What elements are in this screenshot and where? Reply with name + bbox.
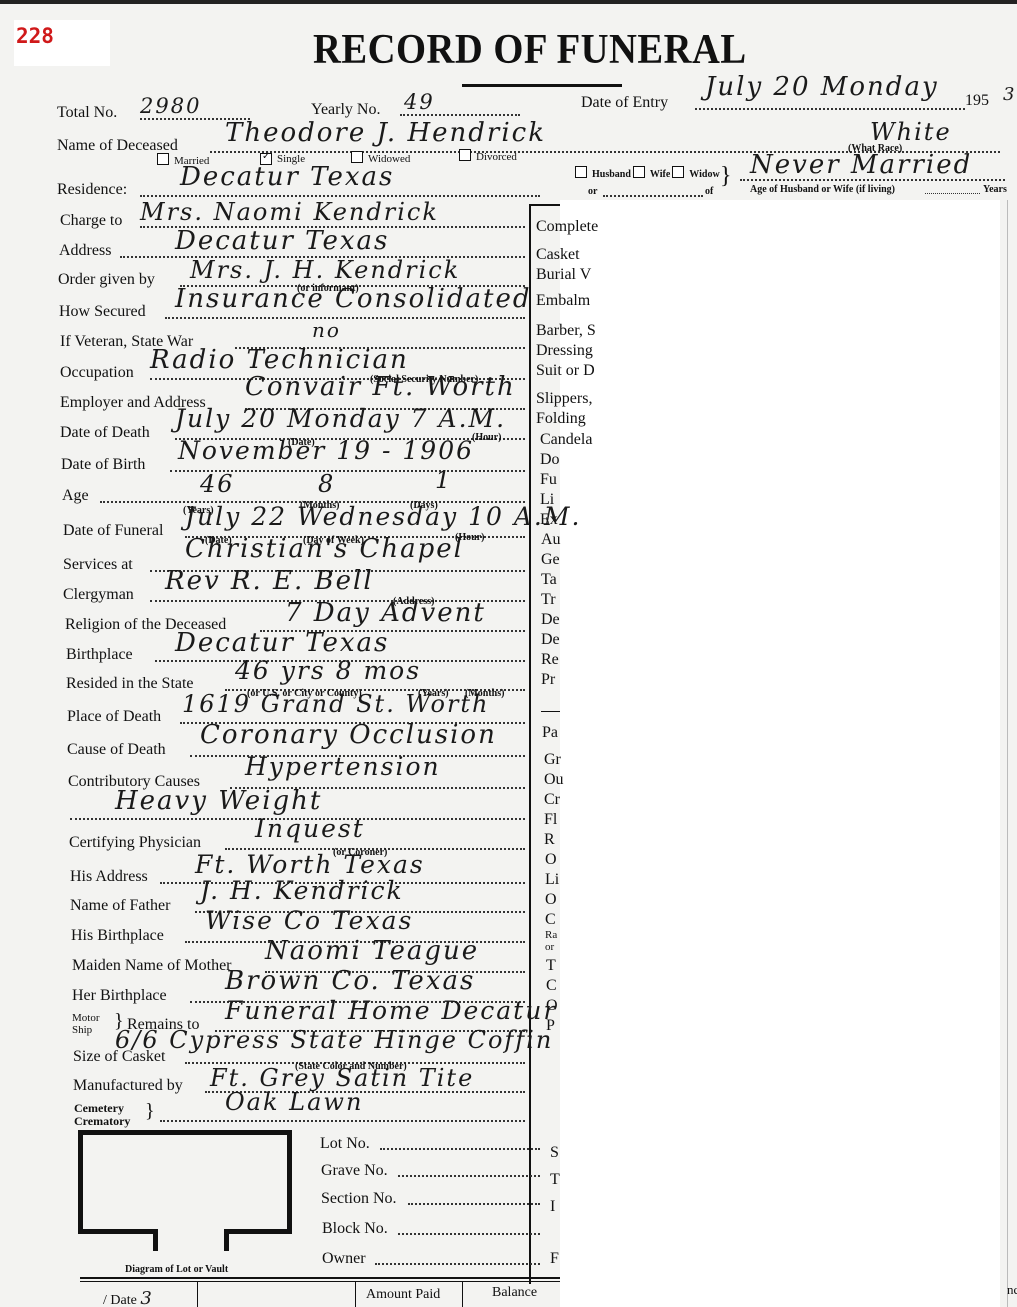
block-no-label: Block No. (322, 1220, 388, 1238)
right-label-r: R (544, 831, 568, 849)
right-label-c-2: C (546, 977, 570, 995)
payments-col-sep-3 (462, 1282, 463, 1307)
spouse-age-line (925, 193, 980, 194)
right-label-or: or (545, 941, 569, 953)
total-no-value: 2980 (140, 94, 201, 118)
cause-of-death-value: Coronary Occlusion (200, 720, 497, 750)
ship-label: Ship (72, 1024, 92, 1036)
remains-to-value: Funeral Home Decatur (225, 996, 557, 1025)
right-label-slippers: Slippers, (536, 390, 606, 408)
right-column-divider (529, 204, 531, 1284)
contributory-causes-value-2: Heavy Weight (115, 786, 322, 816)
veteran-war-value: no (312, 318, 341, 342)
motor-label: Motor (72, 1012, 100, 1024)
checkbox-box[interactable] (459, 149, 471, 161)
right-label-pr: Pr (541, 671, 565, 689)
maiden-name-mother-value: Naomi Teague (265, 936, 479, 966)
right-label-suit: Suit or D (536, 362, 606, 380)
date-of-birth-label: Date of Birth (61, 456, 145, 474)
right-label-gr: Gr (544, 751, 568, 769)
date-of-entry-line (695, 108, 965, 110)
yearly-no-line (400, 114, 520, 116)
services-at-value: Christian's Chapel (185, 534, 464, 564)
spouse-value: Never Married (750, 150, 972, 180)
right-label-pa: Pa (542, 724, 566, 742)
right-label-ge: Ge (541, 551, 565, 569)
how-secured-line (165, 317, 525, 319)
checkbox-box[interactable] (157, 153, 169, 165)
right-label-rule (541, 711, 560, 712)
right-label-c: C (545, 911, 569, 929)
spouse-age-unit: Years (983, 184, 1007, 195)
right-label-f: F (550, 1250, 574, 1268)
checkbox-label: Widow (689, 169, 719, 180)
page-number: 228 (14, 20, 110, 66)
right-label-t-2: T (550, 1171, 574, 1189)
name-of-father-value: J. H. Kendrick (200, 876, 404, 905)
spouse-or-label: or (588, 186, 597, 197)
right-label-tr: Tr (541, 591, 565, 609)
right-label-o-2: O (545, 891, 569, 909)
occupation-value: Radio Technician (150, 345, 409, 375)
payments-col-sep-1 (197, 1282, 198, 1307)
lot-diagram-caption: Diagram of Lot or Vault (125, 1264, 228, 1275)
payments-top-rule (80, 1277, 560, 1279)
age-months-value: 8 (318, 470, 335, 498)
charge-to-value: Mrs. Naomi Kendrick (140, 198, 439, 226)
right-label-folding: Folding (536, 410, 606, 428)
checkbox-divorced[interactable]: Divorced (459, 149, 517, 163)
employer-address-value: Convair Ft. Worth (245, 372, 516, 402)
date-of-death-caption-hour: (Hour) (472, 432, 501, 443)
grave-no-line (398, 1175, 540, 1177)
clergyman-value: Rev R. E. Bell (165, 566, 374, 596)
name-of-father-label: Name of Father (70, 897, 170, 915)
date-header-label: Date (110, 1293, 136, 1307)
contributory-causes-value: Hypertension (245, 752, 441, 781)
address-label: Address (59, 242, 111, 260)
block-no-line (398, 1233, 540, 1235)
funeral-record-page: 228 RECORD OF FUNERAL Total No. 2980 Yea… (0, 0, 1017, 1307)
right-label-fl: Fl (544, 811, 568, 829)
section-no-line (408, 1203, 540, 1205)
lot-diagram-stub-left (153, 1229, 158, 1251)
date-of-birth-value: November 19 - 1906 (178, 436, 474, 465)
cause-of-death-label: Cause of Death (67, 741, 166, 759)
lot-diagram-bottom-left (78, 1229, 158, 1234)
right-label-complete: Complete (536, 218, 606, 236)
date-of-funeral-value: July 22 Wednesday 10 A.M. (185, 502, 581, 531)
resided-in-state-value: 46 yrs 8 mos (235, 656, 421, 685)
checkbox-wife[interactable] (633, 166, 645, 178)
date-of-funeral-label: Date of Funeral (63, 522, 163, 540)
right-label-i: I (550, 1198, 574, 1216)
payments-col-sep-2 (355, 1282, 356, 1307)
date-of-death-value: July 20 Monday 7 A.M. (175, 404, 506, 433)
right-label-ta: Ta (541, 571, 565, 589)
checkbox-label: Divorced (476, 151, 517, 163)
title-underline (462, 84, 622, 87)
place-of-death-label: Place of Death (67, 708, 161, 726)
how-secured-value: Insurance Consolidated (175, 284, 532, 314)
yearly-no-label: Yearly No. (311, 101, 380, 119)
cemetery-crematory-label: CemeteryCrematory (74, 1102, 130, 1128)
lot-no-label: Lot No. (320, 1135, 370, 1153)
payments-balance-header: Balance (492, 1285, 537, 1301)
total-no-label: Total No. (57, 104, 117, 122)
lot-diagram-box (78, 1130, 292, 1234)
checkbox-widow[interactable] (672, 166, 684, 178)
checkbox-husband[interactable] (575, 166, 587, 178)
services-at-label: Services at (63, 556, 133, 574)
checkbox-label: Wife (650, 169, 670, 180)
residence-label: Residence: (57, 181, 127, 199)
religion-value: 7 Day Advent (285, 598, 486, 628)
how-secured-label: How Secured (59, 303, 146, 321)
spouse-of-label: of (705, 186, 713, 197)
order-given-by-label: Order given by (58, 271, 155, 289)
age-days-value: 1 (435, 466, 452, 494)
right-label-re: Re (541, 651, 565, 669)
year-prefix: 195 (965, 92, 989, 110)
right-label-candela: Candela (540, 431, 610, 449)
right-label-fu: Fu (540, 471, 564, 489)
right-label-dressing: Dressing (536, 342, 606, 360)
owner-label: Owner (322, 1250, 366, 1268)
birthplace-label: Birthplace (66, 646, 133, 664)
yearly-no-value: 49 (404, 90, 435, 114)
age-years-value: 46 (200, 470, 235, 498)
right-label-ra: Ra (545, 929, 569, 941)
spouse-type-checkboxes: HusbandWifeWidow (575, 166, 720, 180)
right-label-do: Do (540, 451, 564, 469)
owner-line (375, 1263, 540, 1265)
his-birthplace-label: His Birthplace (71, 927, 164, 945)
maiden-name-mother-label: Maiden Name of Mother (72, 957, 232, 975)
race-value: White (870, 118, 952, 146)
spouse-age-label: Age of Husband or Wife (if living) (750, 184, 895, 195)
payments-date-header: / Date 3 (103, 1288, 154, 1307)
payments-amount-paid-header: Amount Paid (366, 1287, 440, 1303)
brace-glyph: } (145, 1100, 155, 1123)
age-label: Age (62, 487, 89, 505)
her-birthplace-value: Brown Co. Texas (225, 966, 475, 996)
place-of-death-value: 1619 Grand St. Worth (182, 690, 490, 718)
order-given-by-value: Mrs. J. H. Kendrick (190, 256, 460, 284)
his-address-label: His Address (70, 868, 148, 886)
right-edge-line (1007, 200, 1008, 1307)
lot-no-line (380, 1148, 540, 1150)
checkbox-label: Husband (592, 169, 631, 180)
right-edge-fragment: nc (1007, 1282, 1017, 1298)
date-of-entry-value: July 20 Monday (705, 72, 939, 102)
lot-diagram-stub-right (224, 1229, 229, 1251)
spouse-or-line (603, 195, 703, 197)
occupation-label: Occupation (60, 364, 134, 382)
redacted-right-panel (560, 200, 1000, 1307)
size-of-casket-value: 6/6 Cypress State Hinge Coffin (115, 1026, 553, 1054)
page-title: RECORD OF FUNERAL (313, 26, 747, 74)
certifying-physician-value: Inquest (255, 814, 365, 843)
scan-top-edge (0, 0, 1017, 4)
charge-to-label: Charge to (60, 212, 122, 230)
crematory-label: Crematory (74, 1114, 130, 1128)
right-label-au: Au (541, 531, 565, 549)
right-label-li-2: Li (545, 871, 569, 889)
her-birthplace-label: Her Birthplace (72, 987, 167, 1005)
cemetery-value: Oak Lawn (225, 1088, 363, 1116)
motor-ship-prefix: MotorShip (72, 1012, 100, 1036)
clergyman-label: Clergyman (63, 586, 134, 604)
address-value: Decatur Texas (175, 226, 389, 256)
right-label-o-1: O (545, 851, 569, 869)
birthplace-value: Decatur Texas (175, 628, 389, 658)
right-panel-top-rule (530, 204, 560, 206)
right-label-ou: Ou (544, 771, 568, 789)
right-label-s: S (550, 1144, 574, 1162)
section-no-label: Section No. (321, 1190, 397, 1208)
right-label-t: T (546, 957, 570, 975)
date-of-death-label: Date of Death (60, 424, 150, 442)
date-of-entry-label: Date of Entry (581, 94, 668, 112)
date-handwritten-value: 3 (140, 1288, 153, 1307)
payments-top-rule-2 (80, 1281, 560, 1282)
lot-diagram-bottom-right (224, 1229, 292, 1234)
his-address-value: Ft. Worth Texas (195, 850, 425, 879)
brace-glyph: } (720, 163, 732, 190)
residence-value: Decatur Texas (180, 162, 394, 192)
right-label-casket: Casket (536, 246, 606, 264)
manufactured-by-label: Manufactured by (73, 1077, 183, 1095)
right-label-embalming: Embalm (536, 292, 606, 310)
year-suffix: 3 (1003, 84, 1016, 105)
right-label-burial-vault: Burial V (536, 266, 606, 284)
certifying-physician-label: Certifying Physician (69, 834, 201, 852)
right-label-de-1: De (541, 611, 565, 629)
cemetery-line (160, 1120, 525, 1122)
resided-in-state-label: Resided in the State (66, 675, 194, 693)
right-label-barber: Barber, S (536, 322, 606, 340)
right-label-de-2: De (541, 631, 565, 649)
his-birthplace-value: Wise Co Texas (205, 906, 413, 935)
name-of-deceased-value: Theodore J. Hendrick (225, 118, 546, 148)
grave-no-label: Grave No. (321, 1162, 388, 1180)
right-label-cr: Cr (544, 791, 568, 809)
residence-line (140, 195, 540, 197)
cemetery-label: Cemetery (74, 1101, 124, 1115)
